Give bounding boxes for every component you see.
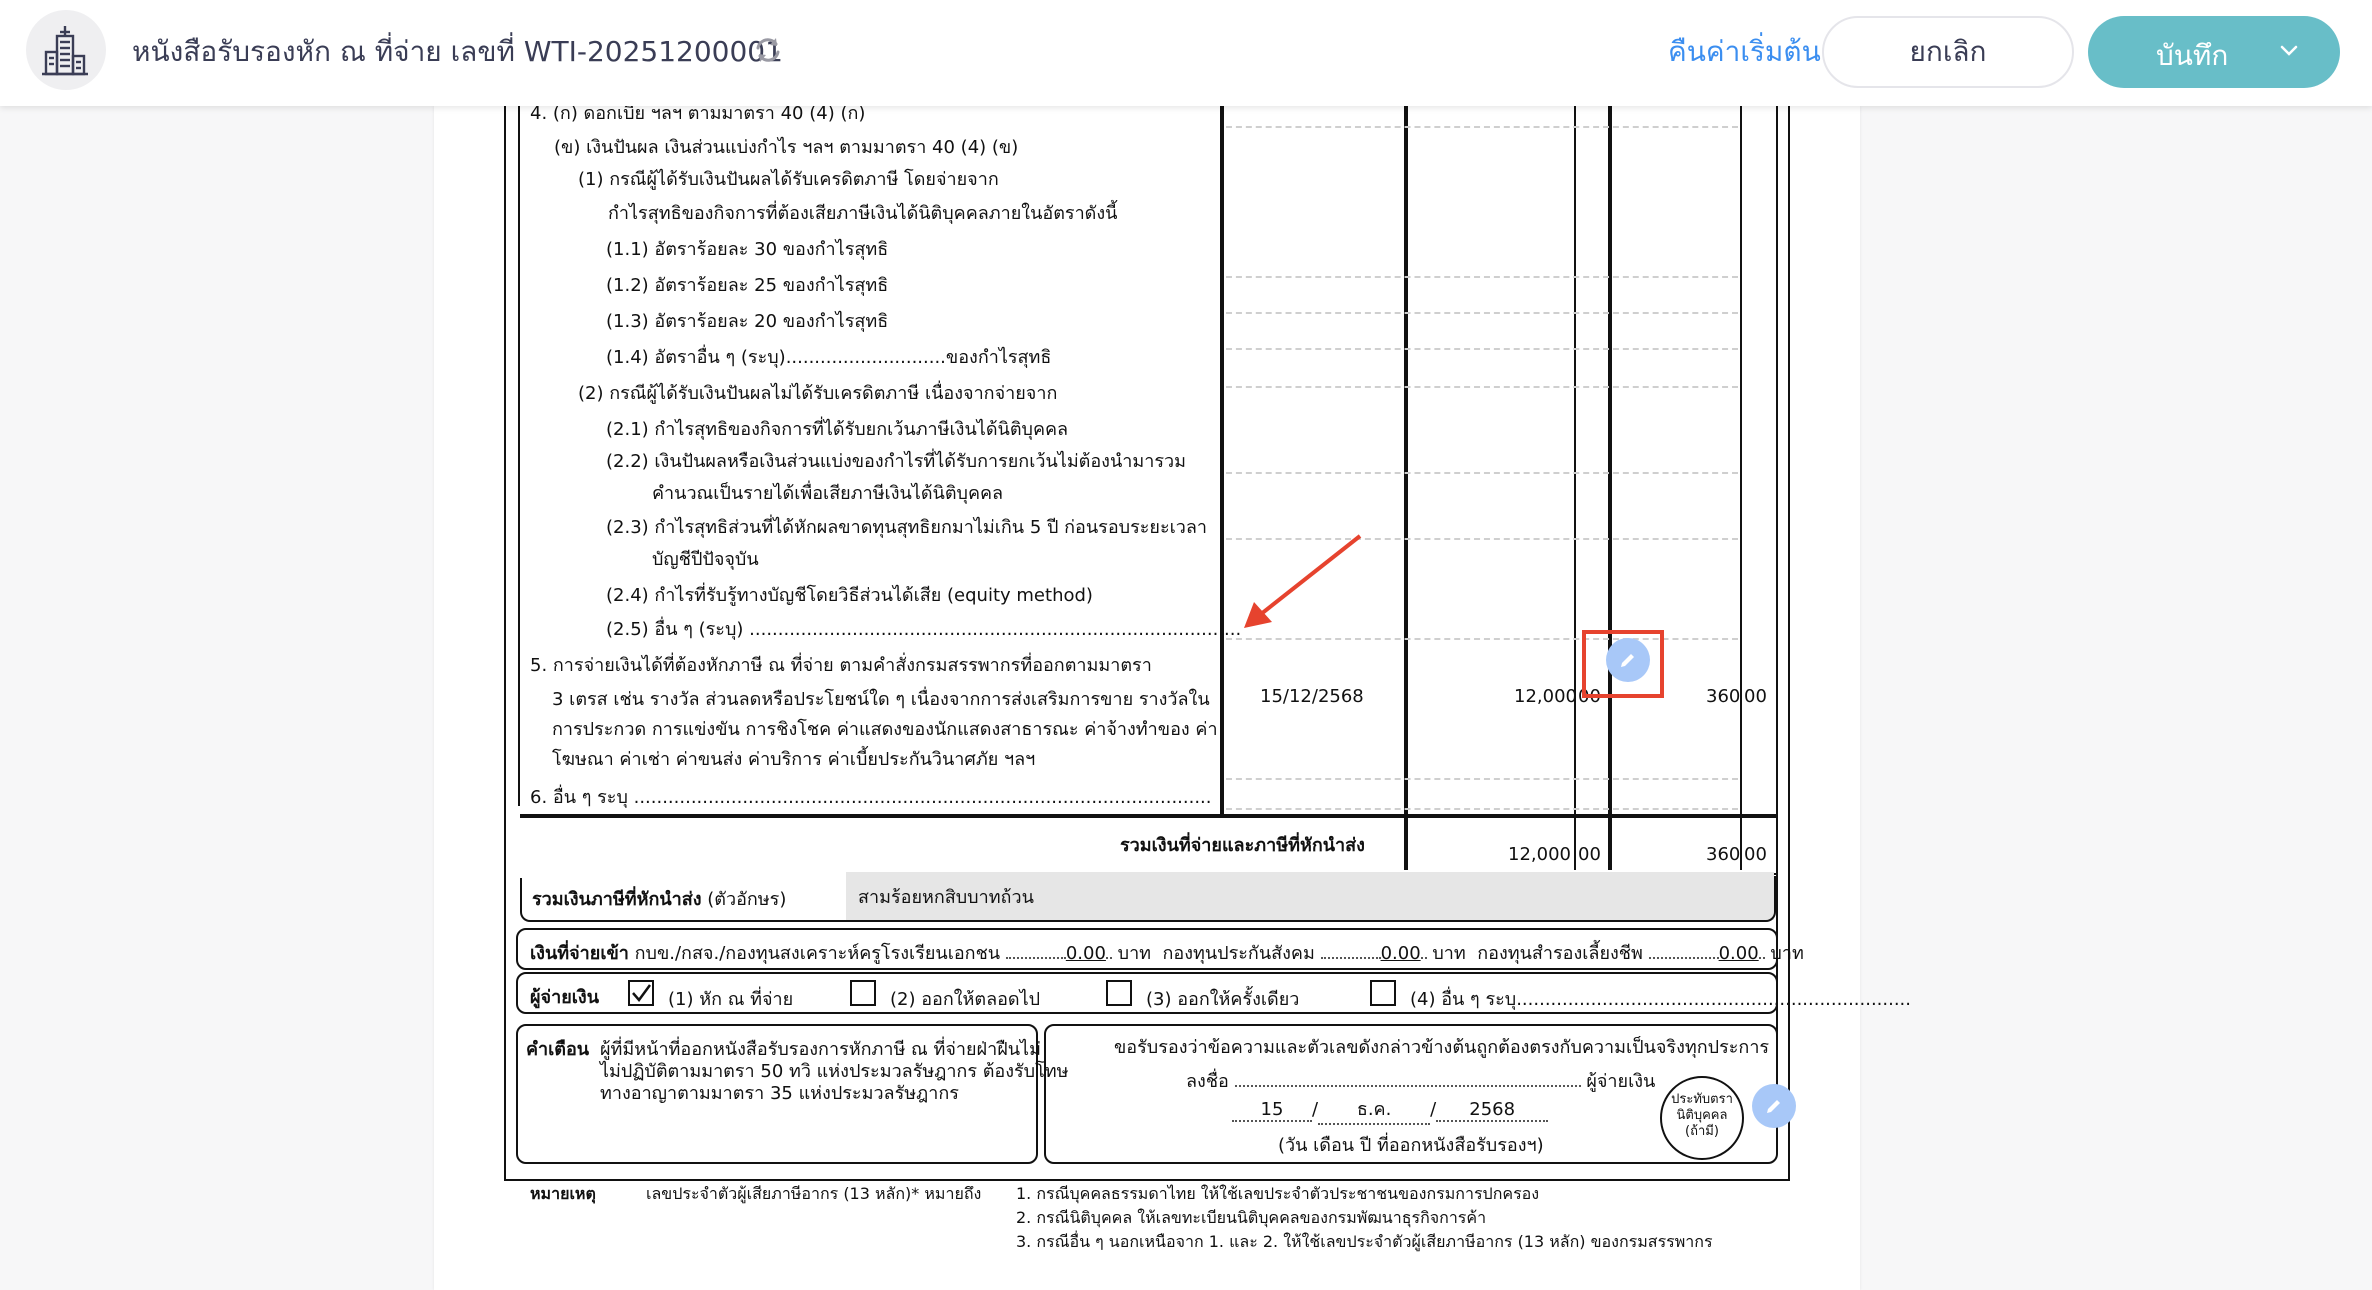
payer-label: ผู้จ่ายเงิน [530,982,599,1011]
certification-statement: ขอรับรองว่าข้อความและตัวเลขดังกล่าวข้างต… [1114,1032,1769,1061]
column-divider-date [1220,96,1224,818]
withholding-tax-form: 4. (ก) ดอกเบี้ย ฯลฯ ตามมาตรา 40 (4) (ก) … [434,106,1860,1290]
payer-option-4-label: (4) อื่น ๆ ระบุ.........................… [1410,984,1911,1013]
fund3-value[interactable]: 0.00 [1719,943,1759,964]
item-5-line2: 3 เตรส เช่น รางวัล ส่วนลดหรือประโยชน์ใด … [552,684,1210,713]
company-logo [26,10,106,90]
payer-option-1-checkbox[interactable] [628,980,654,1006]
column-divider-tax [1608,96,1612,870]
row-separator [1226,276,1738,278]
item-4b-2-3: (2.3) กำไรสุทธิส่วนที่ได้หักผลขาดทุนสุทธ… [606,512,1207,541]
payer-option-1-label: (1) หัก ณ ที่จ่าย [668,984,793,1013]
row-separator [1226,778,1738,780]
payer-option-2-checkbox[interactable] [850,980,876,1006]
refresh-icon[interactable] [752,34,784,66]
row-separator [1226,348,1738,350]
item-4b-2: (2) กรณีผู้ได้รับเงินปันผลไม่ได้รับเครดิ… [578,378,1057,407]
item-5: 5. การจ่ายเงินได้ที่ต้องหักภาษี ณ ที่จ่า… [530,650,1152,679]
item-4b-1-4: (1.4) อัตราอื่น ๆ (ระบุ)................… [606,342,1051,371]
total-tax-dec: 00 [1744,844,1767,865]
total-label: รวมเงินที่จ่ายและภาษีที่หักนำส่ง [1120,830,1365,859]
edit-signature-button[interactable] [1752,1084,1796,1128]
item-4b: (ข) เงินปันผล เงินส่วนแบ่งกำไร ฯลฯ ตามมา… [554,132,1018,161]
tax-in-words-label: รวมเงินภาษีที่หักนำส่ง (ตัวอักษร) [532,884,786,913]
total-tax-int: 360 [1706,844,1740,865]
warning-line-3: ทางอาญาตามมาตรา 35 แห่งประมวลรัษฎากร [600,1078,959,1107]
issue-date-caption: (วัน เดือน ปี ที่ออกหนังสือรับรองฯ) [1278,1130,1544,1159]
annotation-highlight-box [1582,630,1664,698]
total-amount-int: 12,000 [1508,844,1571,865]
pencil-icon [1764,1096,1784,1116]
row5-tax-dec[interactable]: 00 [1744,686,1767,707]
item-5-line3: การประกวด การแข่งขัน การชิงโชค ค่าแสดงขอ… [552,714,1218,743]
warning-label: คำเตือน [526,1034,589,1063]
notes-line-1: 1. กรณีบุคคลธรรมดาไทย ให้ใช้เลขประจำตัวป… [1016,1182,1539,1207]
building-icon [42,24,90,76]
item-4b-1-2: (1.2) อัตราร้อยละ 25 ของกำไรสุทธิ [606,270,888,299]
signature-field[interactable] [1235,1085,1581,1087]
document-page: 4. (ก) ดอกเบี้ย ฯลฯ ตามมาตรา 40 (4) (ก) … [434,106,1860,1290]
item-4b-2-5: (2.5) อื่น ๆ (ระบุ) ....................… [606,614,1241,643]
item-6: 6. อื่น ๆ ระบุ .........................… [530,782,1212,811]
tax-in-words-value: สามร้อยหกสิบบาทถ้วน [858,882,1034,911]
cancel-button[interactable]: ยกเลิก [1822,16,2074,88]
item-4b-1-3: (1.3) อัตราร้อยละ 20 ของกำไรสุทธิ [606,306,888,335]
row-separator [1226,312,1738,314]
fund2-value[interactable]: 0.00 [1381,943,1421,964]
row-separator [1226,808,1738,810]
notes-line-2: 2. กรณีนิติบุคคล ให้เลขทะเบียนนิติบุคคลข… [1016,1206,1486,1231]
row5-amount-int[interactable]: 12,000 [1514,686,1577,707]
row5-tax-int[interactable]: 360 [1706,686,1740,707]
save-button[interactable]: บันทึก [2088,16,2340,88]
issue-year[interactable]: 2568 [1436,1099,1548,1122]
item-4b-2-3-cont: บัญชีปีปัจจุบัน [652,544,759,573]
row-separator [1226,386,1738,388]
item-4b-2-2: (2.2) เงินปันผลหรือเงินส่วนแบ่งของกำไรที… [606,446,1186,475]
item-4b-2-4: (2.4) กำไรที่รับรู้ทางบัญชีโดยวิธีส่วนได… [606,580,1093,609]
item-4b-1-cont: กำไรสุทธิของกิจการที่ต้องเสียภาษีเงินได้… [608,198,1117,227]
page-title: หนังสือรับรองหัก ณ ที่จ่าย เลขที่ WTI-20… [132,30,783,74]
reset-defaults-link[interactable]: คืนค่าเริ่มต้น [1668,30,1821,74]
column-divider-amount-decimal [1574,96,1576,870]
row-separator [1226,472,1738,474]
notes-tin-label: เลขประจำตัวผู้เสียภาษีอากร (13 หลัก)* หม… [646,1182,981,1207]
issue-day[interactable]: 15 [1232,1099,1312,1122]
checkmark-icon [630,982,652,1004]
row-separator [1226,538,1738,540]
payer-option-4-checkbox[interactable] [1370,980,1396,1006]
item-5-line4: โฆษณา ค่าเช่า ค่าขนส่ง ค่าบริการ ค่าเบี้… [552,744,1035,773]
total-amount-dec: 00 [1578,844,1601,865]
item-4b-2-1: (2.1) กำไรสุทธิของกิจการที่ได้รับยกเว้นภ… [606,414,1068,443]
signature-row: ลงชื่อ ผู้จ่ายเงิน [1186,1066,1655,1095]
payer-option-2-label: (2) ออกให้ตลอดไป [890,984,1040,1013]
contributions-row: เงินที่จ่ายเข้า กบข./กสจ./กองทุนสงเคราะห… [530,938,1804,967]
form-inner-border-left [518,96,520,806]
payer-option-3-checkbox[interactable] [1106,980,1132,1006]
notes-line-3: 3. กรณีอื่น ๆ นอกเหนือจาก 1. และ 2. ให้ใ… [1016,1230,1713,1255]
item-4b-2-2-cont: คำนวณเป็นรายได้เพื่อเสียภาษีเงินได้นิติบ… [652,478,1003,507]
top-bar: หนังสือรับรองหัก ณ ที่จ่าย เลขที่ WTI-20… [0,0,2372,106]
fund1-value[interactable]: 0.00 [1066,943,1106,964]
chevron-down-icon[interactable] [2274,36,2304,66]
issue-date-row: 15/ธ.ค./2568 [1232,1094,1548,1125]
column-divider-amount [1404,96,1408,870]
save-button-label: บันทึก [2156,34,2228,78]
row5-date[interactable]: 15/12/2568 [1260,686,1364,707]
item-4b-1: (1) กรณีผู้ได้รับเงินปันผลได้รับเครดิตภา… [578,164,999,193]
payer-option-3-label: (3) ออกให้ครั้งเดียว [1146,984,1299,1013]
row-separator [1226,126,1738,128]
notes-label: หมายเหตุ [530,1182,596,1207]
column-divider-tax-decimal [1740,96,1742,870]
company-stamp-placeholder: ประทับตรา นิติบุคคล (ถ้ามี) [1660,1076,1744,1160]
item-4b-1-1: (1.1) อัตราร้อยละ 30 ของกำไรสุทธิ [606,234,888,263]
issue-month[interactable]: ธ.ค. [1318,1094,1430,1125]
